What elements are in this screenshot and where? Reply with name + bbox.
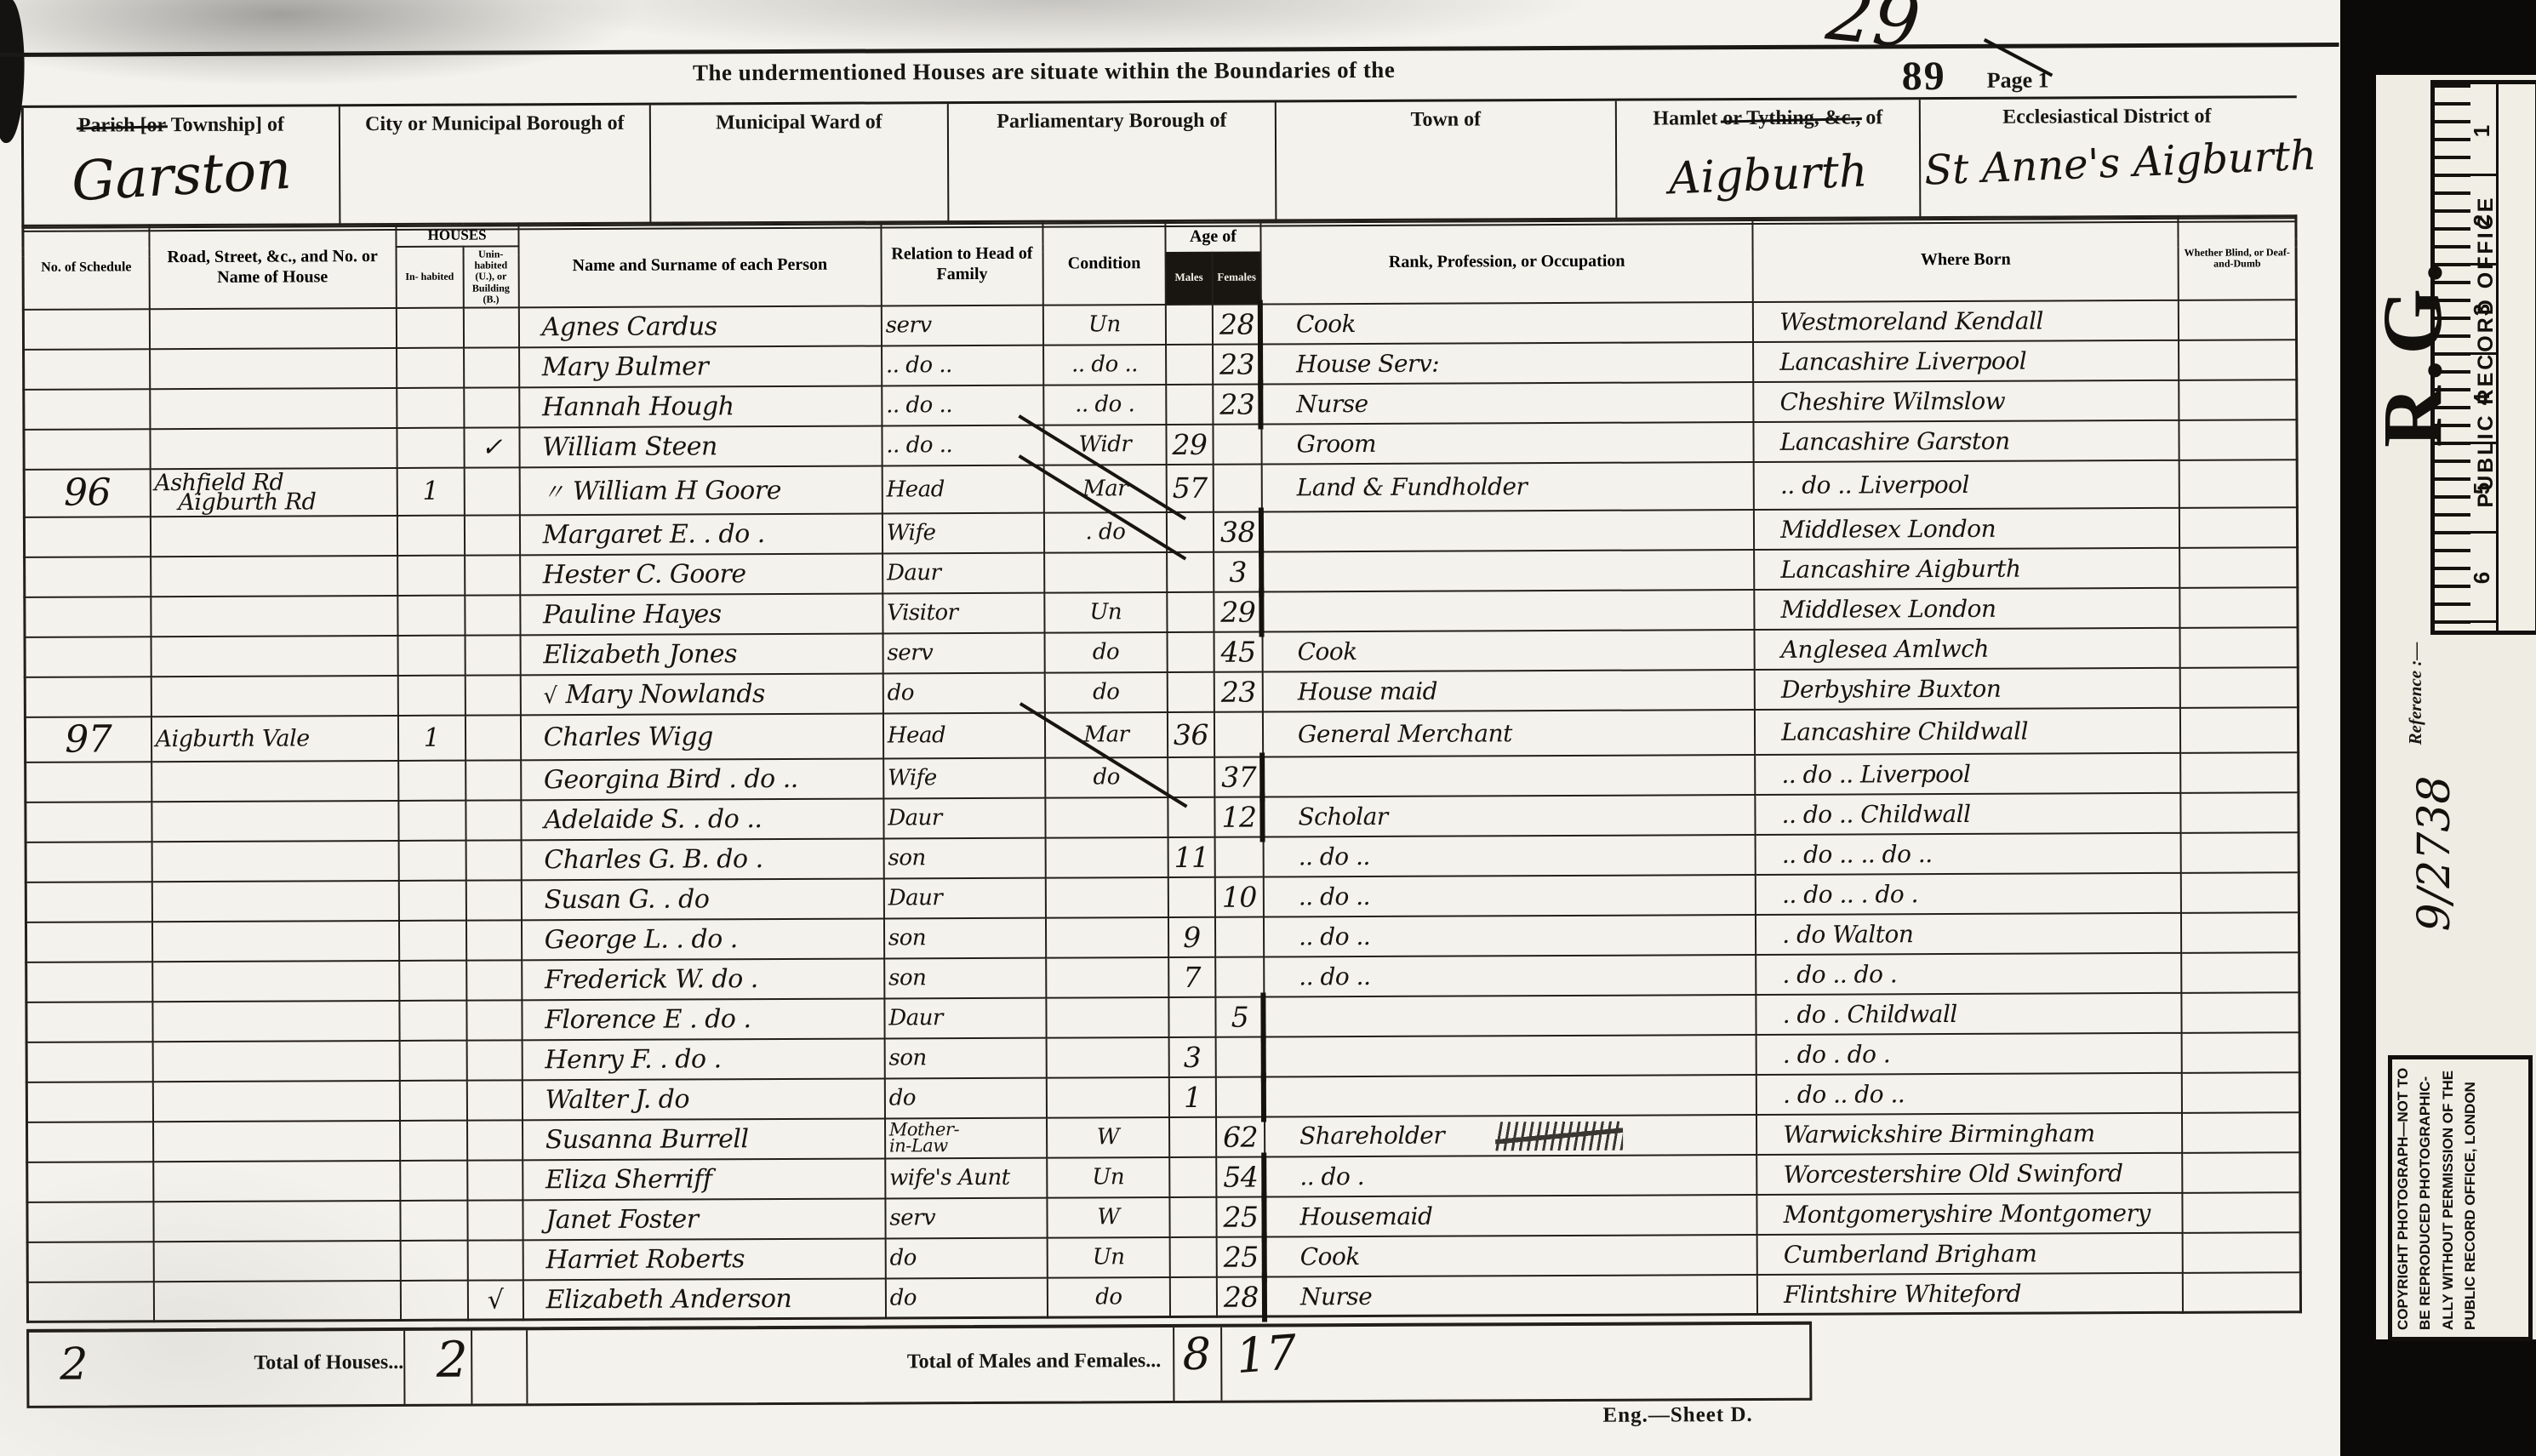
cell: do <box>883 673 1045 714</box>
cell <box>151 596 397 637</box>
cell: 〃William H Goore <box>519 465 882 515</box>
cell: Mother-in-Law <box>885 1118 1047 1159</box>
cell: Pauline Hayes <box>520 593 882 635</box>
cell: do <box>1045 757 1168 798</box>
cell: .. do .. <box>1264 915 1756 957</box>
field-label: Hamlet <box>1653 107 1717 129</box>
cell: Daur <box>884 998 1046 1039</box>
banner-text: The undermentioned Houses are situate wi… <box>0 54 2091 89</box>
cell <box>1166 385 1213 425</box>
cell: Walter J. do <box>522 1078 884 1120</box>
cell: Head <box>883 713 1045 759</box>
cell: 28 <box>1213 304 1261 344</box>
cell: Mary Bulmer <box>519 345 882 387</box>
cell <box>24 517 150 557</box>
cell <box>465 555 520 595</box>
cell <box>2183 1232 2300 1273</box>
cell: Nurse <box>1261 382 1753 425</box>
cell: 36 <box>1168 712 1214 757</box>
cell: Daur <box>883 798 1045 839</box>
cell <box>397 596 465 636</box>
cell <box>2182 1112 2299 1153</box>
cell: .. do .. <box>1264 955 1756 997</box>
cell <box>467 1120 523 1160</box>
cell <box>26 762 151 802</box>
cell: Hester C. Goore <box>520 553 882 595</box>
cell <box>1213 424 1261 464</box>
total-houses-value: 2 <box>414 1330 490 1388</box>
cell: Georgina Bird . do .. <box>521 758 883 800</box>
cell: do <box>1045 672 1168 713</box>
pro-copyright-text: COPYRIGHT PHOTOGRAPH—NOT TOBE REPRODUCED… <box>2392 1066 2520 1330</box>
cell <box>24 429 150 470</box>
cell: Elizabeth Jones <box>520 633 882 675</box>
cell: Susan G. . do <box>521 878 883 920</box>
cell: . do . Childwall <box>1756 993 2182 1035</box>
field-label: of <box>1865 106 1882 128</box>
cell <box>1167 552 1214 592</box>
cell: 38 <box>1214 511 1262 551</box>
cell <box>1167 632 1214 672</box>
cell <box>466 760 521 800</box>
cell <box>398 801 466 841</box>
census-rows: Agnes CardusservUn28CookWestmoreland Ken… <box>23 300 2300 1322</box>
pro-series-rg: R.G. <box>2370 212 2465 493</box>
cell <box>153 1201 400 1242</box>
cell: Lancashire Liverpool <box>1753 340 2179 382</box>
cell <box>464 467 519 515</box>
cell: Land & Fundholder <box>1262 462 1754 512</box>
cell <box>466 1000 522 1040</box>
cell <box>398 881 466 921</box>
cell <box>1046 917 1168 958</box>
rule <box>403 1331 405 1404</box>
cell <box>2182 1032 2299 1073</box>
cell <box>2179 420 2297 460</box>
cell: 57 <box>1167 465 1214 512</box>
cell: 23 <box>1213 384 1261 424</box>
cell <box>2181 792 2299 833</box>
field-label: Ecclesiastical District of <box>1921 105 2293 130</box>
cell: 3 <box>1169 1037 1216 1077</box>
cell: son <box>883 838 1045 879</box>
cell <box>1169 1117 1216 1157</box>
field-town: Town of <box>1277 101 1618 222</box>
field-label: Municipal Ward of <box>651 111 947 135</box>
cell <box>1216 1076 1265 1116</box>
cell <box>25 677 151 717</box>
cell: √ <box>467 1280 523 1320</box>
cell <box>400 1281 467 1321</box>
cell: Scholar <box>1263 795 1755 837</box>
cell: 1 <box>397 468 464 516</box>
census-scan: { "page": { "annotation_number": "29", "… <box>0 0 2536 1456</box>
cell: 29 <box>1166 425 1213 465</box>
check-mark: 〃 <box>542 481 564 506</box>
cell <box>151 636 397 677</box>
cell: Un <box>1048 1237 1170 1278</box>
cell: √Mary Nowlands <box>520 673 882 715</box>
cell <box>2181 912 2299 953</box>
cell: Worcestershire Old Swinford <box>1756 1153 2182 1195</box>
cell <box>1262 550 1754 592</box>
cell: Nurse <box>1265 1275 1757 1317</box>
cell <box>27 1122 153 1162</box>
cell <box>467 1240 523 1280</box>
cell: Un <box>1047 1157 1169 1198</box>
cell: Lancashire Aigburth <box>1754 548 2179 590</box>
census-page: 29 The undermentioned Houses are situate… <box>0 0 2342 1456</box>
cell <box>1215 836 1264 876</box>
cell <box>399 1081 466 1121</box>
page-label: Page 1 <box>1987 67 2049 93</box>
cell <box>1168 672 1214 712</box>
cell <box>2179 380 2297 420</box>
field-parish: Parish [or Township] of Garston <box>21 106 341 227</box>
cell: serv <box>882 305 1043 346</box>
cell: 12 <box>1214 797 1263 836</box>
cell: 62 <box>1216 1116 1265 1156</box>
cell: . do Walton <box>1756 913 2181 955</box>
cell <box>1169 1157 1216 1197</box>
cell <box>2183 1272 2300 1313</box>
cell <box>1263 755 1755 797</box>
cell <box>26 882 151 922</box>
cell <box>2182 952 2299 993</box>
cell <box>400 1161 467 1201</box>
cell <box>2179 547 2297 588</box>
cell: Montgomeryshire Montgomery <box>1757 1193 2183 1235</box>
cell <box>1170 1237 1217 1277</box>
cell: 1 <box>398 716 466 761</box>
cell: Groom <box>1261 422 1753 465</box>
struck-label: or Tything, &c., <box>1722 106 1860 129</box>
cell <box>1046 997 1168 1038</box>
cell <box>1166 345 1213 385</box>
cell <box>397 636 465 676</box>
cell: .. do .. .. do .. <box>1756 833 2181 875</box>
cell <box>396 308 463 348</box>
cell <box>1166 305 1213 345</box>
cell: 9 <box>1168 917 1215 957</box>
cell <box>27 1162 153 1202</box>
cell: 97 <box>25 717 151 762</box>
cell <box>465 675 520 715</box>
cell <box>27 1242 153 1282</box>
cell: Daur <box>882 553 1044 594</box>
cell <box>400 1201 467 1241</box>
cell: General Merchant <box>1263 710 1755 757</box>
cell <box>399 921 466 961</box>
cell <box>399 1001 466 1041</box>
cell: .. do .. <box>882 385 1043 426</box>
cell: Hannah Hough <box>519 385 882 427</box>
cell: . do .. do .. <box>1756 1073 2182 1115</box>
struck-label: Parish [or <box>78 114 166 136</box>
cell <box>153 1241 400 1282</box>
cell: 96 <box>24 469 150 517</box>
cell: Florence E . do . <box>522 998 884 1040</box>
cell: Head <box>882 465 1043 514</box>
cell: 54 <box>1216 1156 1265 1196</box>
field-label: Parliamentary Borough of <box>949 109 1275 134</box>
cell <box>150 516 397 557</box>
cell <box>151 801 398 842</box>
field-value <box>340 155 649 157</box>
header-relation: Relation to Head of Family <box>881 221 1042 305</box>
cell: Cumberland Brigham <box>1757 1233 2183 1275</box>
cell: Agnes Cardus <box>519 305 882 347</box>
cell: Lancashire Childwall <box>1755 708 2180 755</box>
cell <box>2181 872 2299 913</box>
pro-copyright-box: COPYRIGHT PHOTOGRAPH—NOT TOBE REPRODUCED… <box>2388 1055 2533 1341</box>
cell <box>151 676 397 717</box>
field-value <box>949 151 1275 153</box>
cell <box>466 960 522 1000</box>
cell <box>397 516 465 556</box>
cell <box>397 388 464 428</box>
cell: 11 <box>1168 837 1214 877</box>
cell: Aigburth Vale <box>151 716 397 762</box>
cell <box>24 349 150 390</box>
cell: 29 <box>1214 591 1262 631</box>
stamp-number: 89 <box>1902 53 1946 100</box>
cell: Charles Wigg <box>521 713 883 760</box>
cell: serv <box>882 633 1044 674</box>
field-value: St Anne's Aigburth <box>1920 133 2294 195</box>
cell: Ashfield RdAigburth Rd <box>150 468 397 517</box>
cell <box>1046 1037 1168 1078</box>
cell <box>26 1002 152 1042</box>
cell <box>2182 992 2299 1033</box>
cell <box>27 1202 153 1242</box>
cell <box>2180 707 2298 753</box>
cell: Un <box>1044 592 1167 633</box>
cell <box>1168 797 1214 837</box>
cell <box>397 428 464 468</box>
cell <box>153 1121 400 1162</box>
cell: Middlesex London <box>1754 588 2179 630</box>
ink-scribble <box>1495 1122 1623 1151</box>
cell: Housemaid <box>1265 1195 1756 1237</box>
cell <box>1215 956 1264 996</box>
cell: .. do .. <box>1264 875 1756 917</box>
cell <box>26 1042 152 1082</box>
district-header: Parish [or Township] of Garston City or … <box>21 95 2298 232</box>
cell <box>399 961 466 1001</box>
cell: Cook <box>1262 630 1754 672</box>
field-value: Garston <box>22 136 340 217</box>
cell <box>26 842 151 882</box>
cell: .. do .. <box>882 345 1043 386</box>
sheet-footer: Eng.—Sheet D. <box>1602 1403 1752 1428</box>
cell <box>466 1080 522 1120</box>
field-parliamentary-borough: Parliamentary Borough of <box>949 102 1277 223</box>
cell: do <box>885 1078 1047 1119</box>
cell: Flintshire Whiteford <box>1757 1273 2183 1315</box>
pro-office-title: PUBLIC RECORD OFFICE <box>2474 113 2505 590</box>
cell <box>151 761 398 802</box>
cell: Cheshire Wilmslow <box>1753 380 2179 422</box>
header-condition: Condition <box>1042 221 1165 305</box>
field-municipal-ward: Municipal Ward of <box>651 104 950 225</box>
cell: Derbyshire Buxton <box>1755 668 2180 710</box>
cell <box>2179 340 2296 380</box>
cell: son <box>884 1038 1046 1079</box>
cell: W <box>1047 1197 1169 1238</box>
cell: Un <box>1043 305 1166 345</box>
cell: Frederick W. do . <box>522 958 884 1000</box>
cell <box>152 961 399 1002</box>
cell <box>151 881 398 922</box>
cell <box>1215 916 1264 956</box>
cell <box>2183 1152 2300 1193</box>
cell <box>397 348 464 388</box>
cell: House maid <box>1263 670 1755 712</box>
cell <box>397 676 465 716</box>
cell <box>26 962 152 1002</box>
cell <box>26 802 151 842</box>
cell: .. do .. <box>1043 345 1166 385</box>
cell <box>1046 957 1168 998</box>
cell: son <box>884 918 1046 959</box>
cell <box>2182 1072 2299 1113</box>
rule <box>526 1330 528 1403</box>
cell: do <box>885 1238 1047 1279</box>
cell <box>466 715 521 760</box>
cell <box>26 922 151 962</box>
cell <box>150 388 397 429</box>
cell: Harriet Roberts <box>523 1238 885 1280</box>
header-uninhabited: Unin- habited (U.), or Building (B.) <box>463 246 518 307</box>
cell: do <box>1044 632 1167 673</box>
cell: 25 <box>1216 1196 1265 1236</box>
cell: do <box>1048 1277 1170 1318</box>
cell <box>25 637 151 677</box>
pro-film-strip: 123456 PUBLIC RECORD OFFICE Reference :—… <box>2340 0 2536 1456</box>
cell <box>398 761 466 801</box>
cell <box>1046 877 1168 918</box>
cell <box>151 841 398 882</box>
field-value <box>651 153 947 155</box>
cell <box>151 556 397 597</box>
cell: Margaret E. . do . <box>520 513 882 555</box>
cell: ✓ <box>464 427 519 467</box>
cell: 10 <box>1215 876 1264 916</box>
cell <box>1264 995 1756 1037</box>
header-name: Name and Surname of each Person <box>518 222 882 307</box>
cell <box>464 387 519 427</box>
cell <box>1168 997 1215 1037</box>
cell <box>465 595 520 635</box>
cell <box>1262 590 1754 632</box>
table-header: No. of Schedule Road, Street, &c., and N… <box>23 216 2296 310</box>
cell <box>467 1160 523 1200</box>
cell: Susanna Burrell <box>523 1118 885 1160</box>
field-label: Town of <box>1277 108 1615 133</box>
cell: Eliza Sherriff <box>523 1158 885 1200</box>
cell: Henry F. . do . <box>522 1038 884 1080</box>
cell: Mar <box>1044 465 1167 513</box>
cell: Janet Foster <box>523 1198 885 1240</box>
cell: 25 <box>1217 1236 1265 1276</box>
cell: serv <box>885 1198 1047 1239</box>
cell <box>2183 1192 2300 1233</box>
cell <box>153 1281 400 1322</box>
cell: Shareholder <box>1265 1115 1756 1157</box>
cell <box>463 307 518 347</box>
header-schedule: No. of Schedule <box>23 226 149 310</box>
ruler-segment-line <box>2435 620 2496 623</box>
cell <box>152 1041 399 1082</box>
cell: .. do .. <box>882 425 1043 466</box>
cell: .. do .. Liverpool <box>1755 753 2180 795</box>
header-age: Age of <box>1165 220 1260 252</box>
cell: Elizabeth Anderson <box>523 1278 886 1320</box>
header-females: Females <box>1213 251 1261 304</box>
cell: . do .. do . <box>1756 953 2181 995</box>
cell: .. do .. . do . <box>1756 873 2181 915</box>
cell: Visitor <box>882 593 1044 634</box>
check-mark: √ <box>543 683 557 709</box>
header-males: Males <box>1165 252 1212 305</box>
cell <box>1045 837 1168 878</box>
cell: 3 <box>1214 551 1262 591</box>
cell: Mar <box>1045 712 1168 758</box>
cell <box>1216 1036 1265 1076</box>
cell: Anglesea Amlwch <box>1755 628 2180 670</box>
cell <box>1265 1075 1756 1117</box>
total-schedule: 2 <box>60 1339 88 1390</box>
cell: 7 <box>1168 957 1215 997</box>
cell: .. do . <box>1043 385 1166 425</box>
cell: .. do . <box>1265 1155 1756 1197</box>
header-road: Road, Street, &c., and No. or Name of Ho… <box>149 224 397 309</box>
cell: 23 <box>1214 671 1263 711</box>
cell: son <box>884 958 1046 999</box>
total-females: 17 <box>1222 1324 1311 1385</box>
cell: Cook <box>1265 1235 1757 1277</box>
total-males: 8 <box>1173 1329 1220 1380</box>
cell <box>1045 797 1168 838</box>
cell: .. do .. Liverpool <box>1754 460 2179 510</box>
field-hamlet: Hamlet or Tything, &c., of Aigburth <box>1617 100 1922 220</box>
cell: Adelaide S. . do .. <box>521 798 883 840</box>
cell <box>1169 1197 1216 1237</box>
cell: 5 <box>1215 996 1264 1036</box>
header-houses: HOUSES <box>396 224 518 247</box>
cell: wife's Aunt <box>885 1158 1047 1199</box>
cell: Warwickshire Birmingham <box>1756 1113 2182 1155</box>
cell: 23 <box>1213 344 1261 384</box>
pro-piece-number: 9/2738 <box>2409 717 2469 990</box>
cell: William Steen <box>519 425 882 467</box>
totals-row: 2 Total of Houses... 2 Total of Males an… <box>26 1322 1812 1408</box>
cell: 1 <box>1169 1077 1216 1117</box>
field-label: Township] of <box>171 114 284 137</box>
cell: . do . do . <box>1756 1033 2182 1075</box>
cell <box>399 1041 466 1081</box>
cell: 45 <box>1214 631 1262 671</box>
field-value: Aigburth <box>1616 144 1920 207</box>
cell: Lancashire Garston <box>1754 420 2179 462</box>
cell: House Serv: <box>1261 342 1753 385</box>
field-value <box>1277 151 1615 152</box>
cell: do <box>886 1278 1048 1319</box>
header-inhabited: In- habited <box>396 247 463 308</box>
cell <box>467 1200 523 1240</box>
cell <box>153 1161 400 1202</box>
